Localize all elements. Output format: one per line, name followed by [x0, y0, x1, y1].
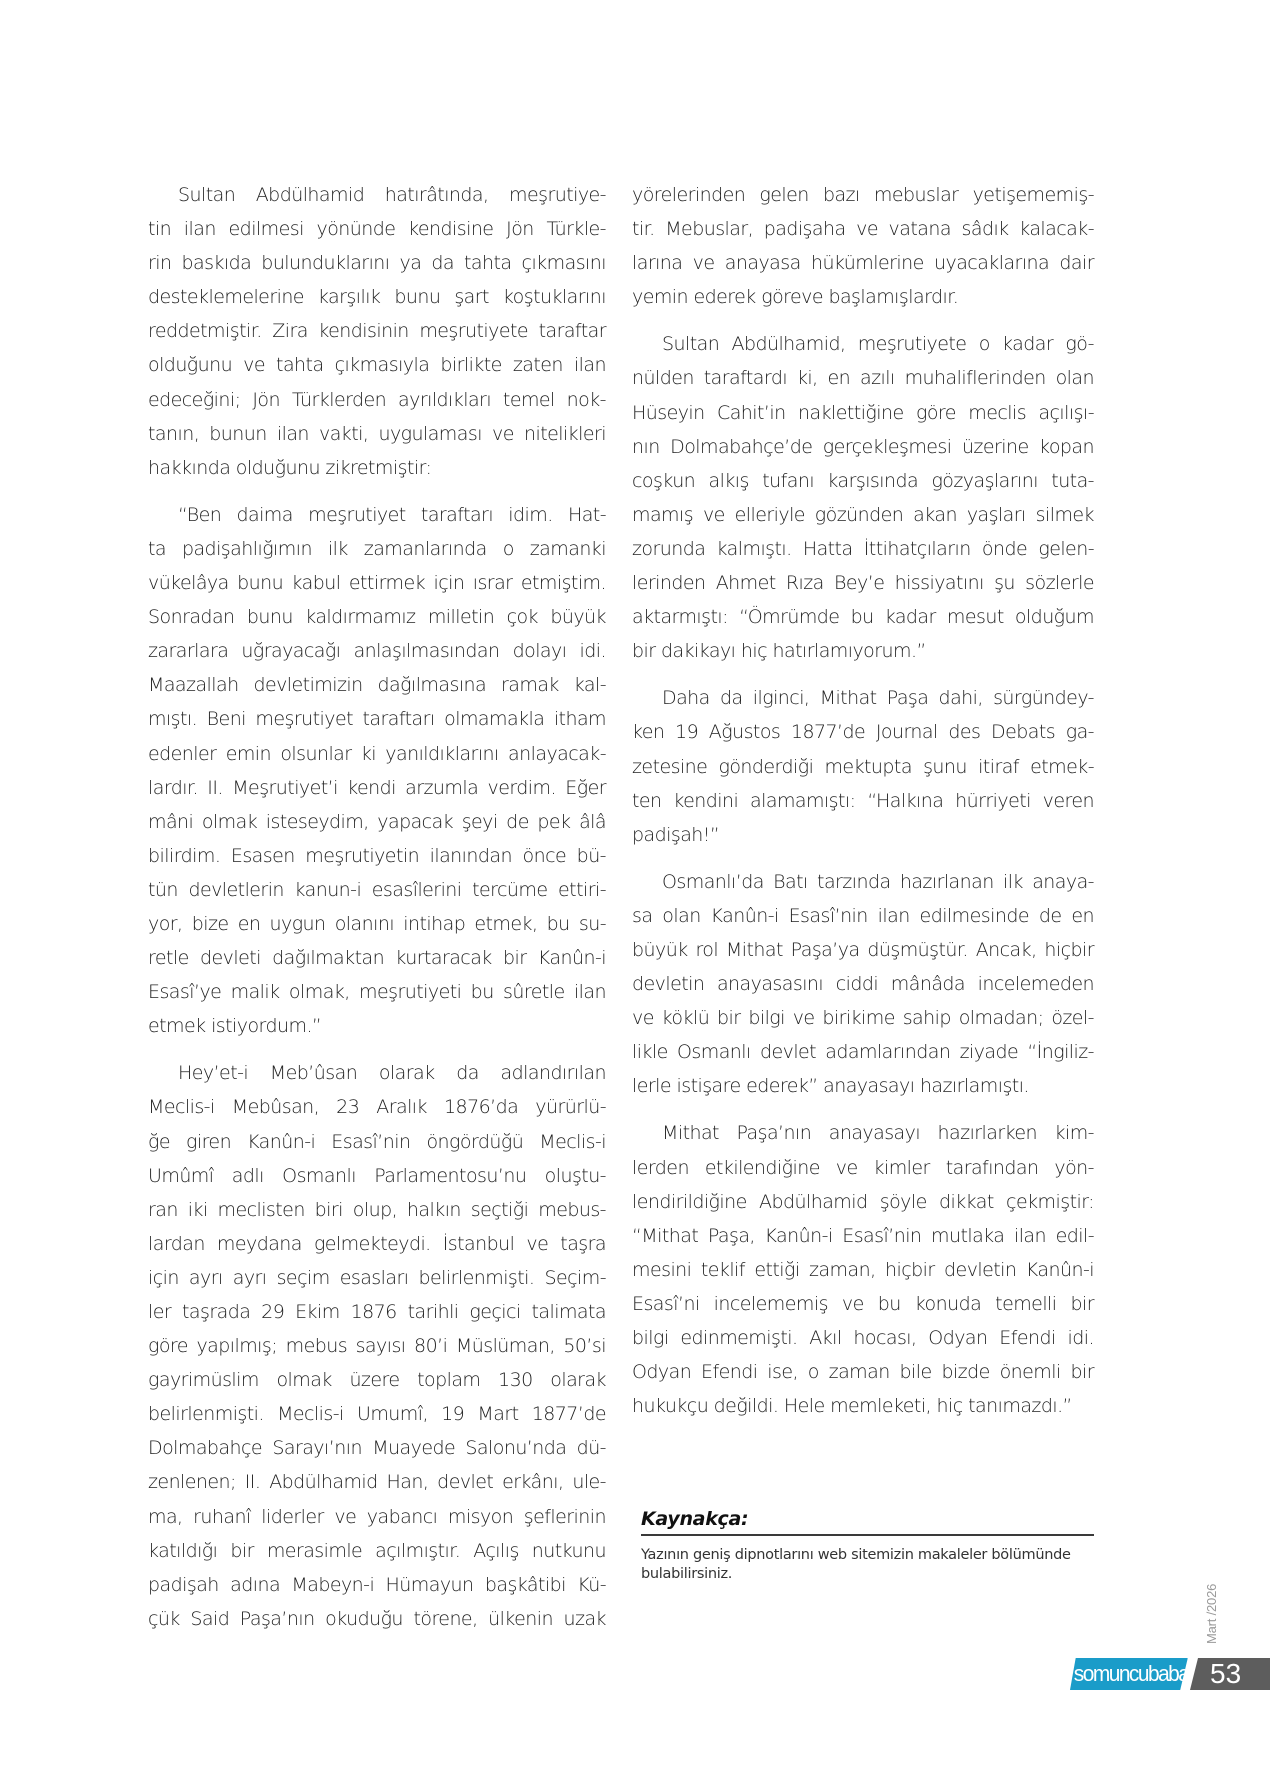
- text-line: tanın, bunun ilan vakti, uygulaması ve n…: [148, 417, 606, 451]
- text-line: Odyan Efendi ise, o zaman bile bizde öne…: [632, 1355, 1094, 1389]
- text-line: mamış ve elleriyle gözünden akan yaşları…: [632, 498, 1094, 532]
- text-line: padişah!”: [632, 818, 1094, 852]
- brand-logo: somuncubaba: [1070, 1658, 1188, 1690]
- text-line: Maazallah devletimizin dağılmasına ramak…: [148, 668, 606, 702]
- text-line: bir dakikayı hiç hatırlamıyorum.”: [632, 634, 1094, 668]
- text-line: ran iki meclisten biri olup, halkın seçt…: [148, 1193, 606, 1227]
- text-line: zetesine gönderdiği mektupta şunu itiraf…: [632, 750, 1094, 784]
- text-line: etmek istiyordum.”: [148, 1009, 606, 1043]
- text-line: retle devleti dağılmaktan kurtaracak bir…: [148, 941, 606, 975]
- text-line: edeceğini; Jön Türklerden ayrıldıkları t…: [148, 383, 606, 417]
- text-line: rin baskıda bulunduklarını ya da tahta ç…: [148, 246, 606, 280]
- text-line: mıştı. Beni meşrutiyet taraftarı olmamak…: [148, 702, 606, 736]
- text-line: mesini teklif ettiği zaman, hiçbir devle…: [632, 1253, 1094, 1287]
- text-line: edenler emin olsunlar ki yanıldıklarını …: [148, 737, 606, 771]
- text-line: sa olan Kanûn-i Esasî’nin ilan edilmesin…: [632, 899, 1094, 933]
- text-line: yörelerinden gelen bazı mebuslar yetişem…: [632, 178, 1094, 212]
- text-line: tün devletlerin kanun-i esasîlerini terc…: [148, 873, 606, 907]
- text-line: ta padişahlığımın ilk zamanlarında o zam…: [148, 532, 606, 566]
- text-line: lardır. II. Meşrutiyet’i kendi arzumla v…: [148, 771, 606, 805]
- left-column: Sultan Abdülhamid hatırâtında, meşrutiye…: [148, 178, 606, 1649]
- text-line: lerden etkilendiğine ve kimler tarafında…: [632, 1151, 1094, 1185]
- text-line: büyük rol Mithat Paşa’ya düşmüştür. Anca…: [632, 933, 1094, 967]
- text-line: Sonradan bunu kaldırmamız milletin çok b…: [148, 600, 606, 634]
- text-line: katıldığı bir merasimle açılmıştır. Açıl…: [148, 1534, 606, 1568]
- footer-brand-bar: somuncubaba 53: [1070, 1658, 1270, 1690]
- text-line: ğe giren Kanûn-i Esasî’nin öngördüğü Mec…: [148, 1125, 606, 1159]
- paragraph: Sultan Abdülhamid hatırâtında, meşrutiye…: [148, 178, 606, 485]
- text-line: “Mithat Paşa, Kanûn-i Esasî’nin mutlaka …: [632, 1219, 1094, 1253]
- text-line: belirlenmişti. Meclis-i Umumî, 19 Mart 1…: [148, 1397, 606, 1431]
- text-line: Umûmî adlı Osmanlı Parlamentosu’nu oluşt…: [148, 1159, 606, 1193]
- text-line: ten kendini alamamıştı: “Halkına hürriye…: [632, 784, 1094, 818]
- text-line: olduğunu ve tahta çıkmasıyla birlikte za…: [148, 348, 606, 382]
- text-line: için ayrı ayrı seçim esasları belirlenmi…: [148, 1261, 606, 1295]
- text-line: yemin ederek göreve başlamışlardır.: [632, 280, 1094, 314]
- text-line: “Ben daima meşrutiyet taraftarı idim. Ha…: [148, 498, 606, 532]
- text-line: desteklemelerine karşılık bunu şart koşt…: [148, 280, 606, 314]
- text-line: zararlara uğrayacağı anlaşılmasından dol…: [148, 634, 606, 668]
- text-line: larına ve anayasa hükümlerine uyacakları…: [632, 246, 1094, 280]
- text-line: Sultan Abdülhamid hatırâtında, meşrutiye…: [148, 178, 606, 212]
- text-line: bilgi edinmemişti. Akıl hocası, Odyan Ef…: [632, 1321, 1094, 1355]
- text-line: Hey’et-i Meb’ûsan olarak da adlandırılan: [148, 1056, 606, 1090]
- text-line: likle Osmanlı devlet adamlarından ziyade…: [632, 1035, 1094, 1069]
- text-line: çük Said Paşa’nın okuduğu törene, ülkeni…: [148, 1602, 606, 1636]
- text-line: coşkun alkış tufanı karşısında gözyaşlar…: [632, 464, 1094, 498]
- text-line: mâni olmak isteseydim, yapacak şeyi de p…: [148, 805, 606, 839]
- paragraph: Hey’et-i Meb’ûsan olarak da adlandırılan…: [148, 1056, 606, 1636]
- text-line: padişah adına Mabeyn-i Hümayun başkâtibi…: [148, 1568, 606, 1602]
- text-line: reddetmiştir. Zira kendisinin meşrutiyet…: [148, 314, 606, 348]
- text-line: zorunda kalmıştı. Hatta İttihatçıların ö…: [632, 532, 1094, 566]
- text-line: Mithat Paşa’nın anayasayı hazırlarken ki…: [632, 1116, 1094, 1150]
- text-line: lerle istişare ederek” anayasayı hazırla…: [632, 1069, 1094, 1103]
- page-number: 53: [1190, 1658, 1270, 1690]
- paragraph: “Ben daima meşrutiyet taraftarı idim. Ha…: [148, 498, 606, 1044]
- issue-date: Mart /2026: [1204, 1584, 1218, 1644]
- text-line: tin ilan edilmesi yönünde kendisine Jön …: [148, 212, 606, 246]
- paragraph: Mithat Paşa’nın anayasayı hazırlarken ki…: [632, 1116, 1094, 1423]
- text-line: ler taşrada 29 Ekim 1876 tarihli geçici …: [148, 1295, 606, 1329]
- text-line: lendirildiğine Abdülhamid şöyle dikkat ç…: [632, 1185, 1094, 1219]
- text-line: lardan meydana gelmekteydi. İstanbul ve …: [148, 1227, 606, 1261]
- text-line: Daha da ilginci, Mithat Paşa dahi, sürgü…: [632, 681, 1094, 715]
- text-line: Esasî’ni incelememiş ve bu konuda temell…: [632, 1287, 1094, 1321]
- text-line: yor, bize en uygun olanını intihap etmek…: [148, 907, 606, 941]
- text-line: zenlenen; II. Abdülhamid Han, devlet erk…: [148, 1465, 606, 1499]
- text-line: nın Dolmabahçe’de gerçekleşmesi üzerine …: [632, 430, 1094, 464]
- text-line: Sultan Abdülhamid, meşrutiyete o kadar g…: [632, 327, 1094, 361]
- text-line: ken 19 Ağustos 1877’de Journal des Debat…: [632, 715, 1094, 749]
- text-line: lerinden Ahmet Rıza Bey’e hissiyatını şu…: [632, 566, 1094, 600]
- references-section: Kaynakça: Yazının geniş dipnotlarını web…: [641, 1508, 1094, 1584]
- text-line: hakkında olduğunu zikretmiştir:: [148, 451, 606, 485]
- text-line: Dolmabahçe Sarayı’nın Muayede Salonu’nda…: [148, 1431, 606, 1465]
- text-line: göre yapılmış; mebus sayısı 80’i Müslüma…: [148, 1329, 606, 1363]
- paragraph: Osmanlı’da Batı tarzında hazırlanan ilk …: [632, 865, 1094, 1104]
- text-line: Meclis-i Mebûsan, 23 Aralık 1876’da yürü…: [148, 1090, 606, 1124]
- text-line: ve köklü bir bilgi ve birikime sahip olm…: [632, 1001, 1094, 1035]
- text-line: Osmanlı’da Batı tarzında hazırlanan ilk …: [632, 865, 1094, 899]
- text-line: tir. Mebuslar, padişaha ve vatana sâdık …: [632, 212, 1094, 246]
- text-line: aktarmıştı: “Ömrümde bu kadar mesut oldu…: [632, 600, 1094, 634]
- text-line: devletin anayasasını ciddi mânâda incele…: [632, 967, 1094, 1001]
- text-line: Hüseyin Cahit’in naklettiğine göre mecli…: [632, 396, 1094, 430]
- right-column: yörelerinden gelen bazı mebuslar yetişem…: [632, 178, 1094, 1436]
- text-line: bilirdim. Esasen meşrutiyetin ilanından …: [148, 839, 606, 873]
- text-line: gayrimüslim olmak üzere toplam 130 olara…: [148, 1363, 606, 1397]
- text-line: hukukçu değildi. Hele memleketi, hiç tan…: [632, 1389, 1094, 1423]
- paragraph: Sultan Abdülhamid, meşrutiyete o kadar g…: [632, 327, 1094, 668]
- text-line: vükelâya bunu kabul ettirmek için ısrar …: [148, 566, 606, 600]
- text-line: Esasî’ye malik olmak, meşrutiyeti bu sûr…: [148, 975, 606, 1009]
- paragraph: Daha da ilginci, Mithat Paşa dahi, sürgü…: [632, 681, 1094, 851]
- references-note: Yazının geniş dipnotlarını web sitemizin…: [641, 1546, 1094, 1584]
- text-line: ma, ruhanî liderler ve yabancı misyon şe…: [148, 1500, 606, 1534]
- references-title: Kaynakça:: [641, 1508, 1094, 1536]
- paragraph: yörelerinden gelen bazı mebuslar yetişem…: [632, 178, 1094, 314]
- text-line: nülden taraftardı ki, en azılı muhalifle…: [632, 361, 1094, 395]
